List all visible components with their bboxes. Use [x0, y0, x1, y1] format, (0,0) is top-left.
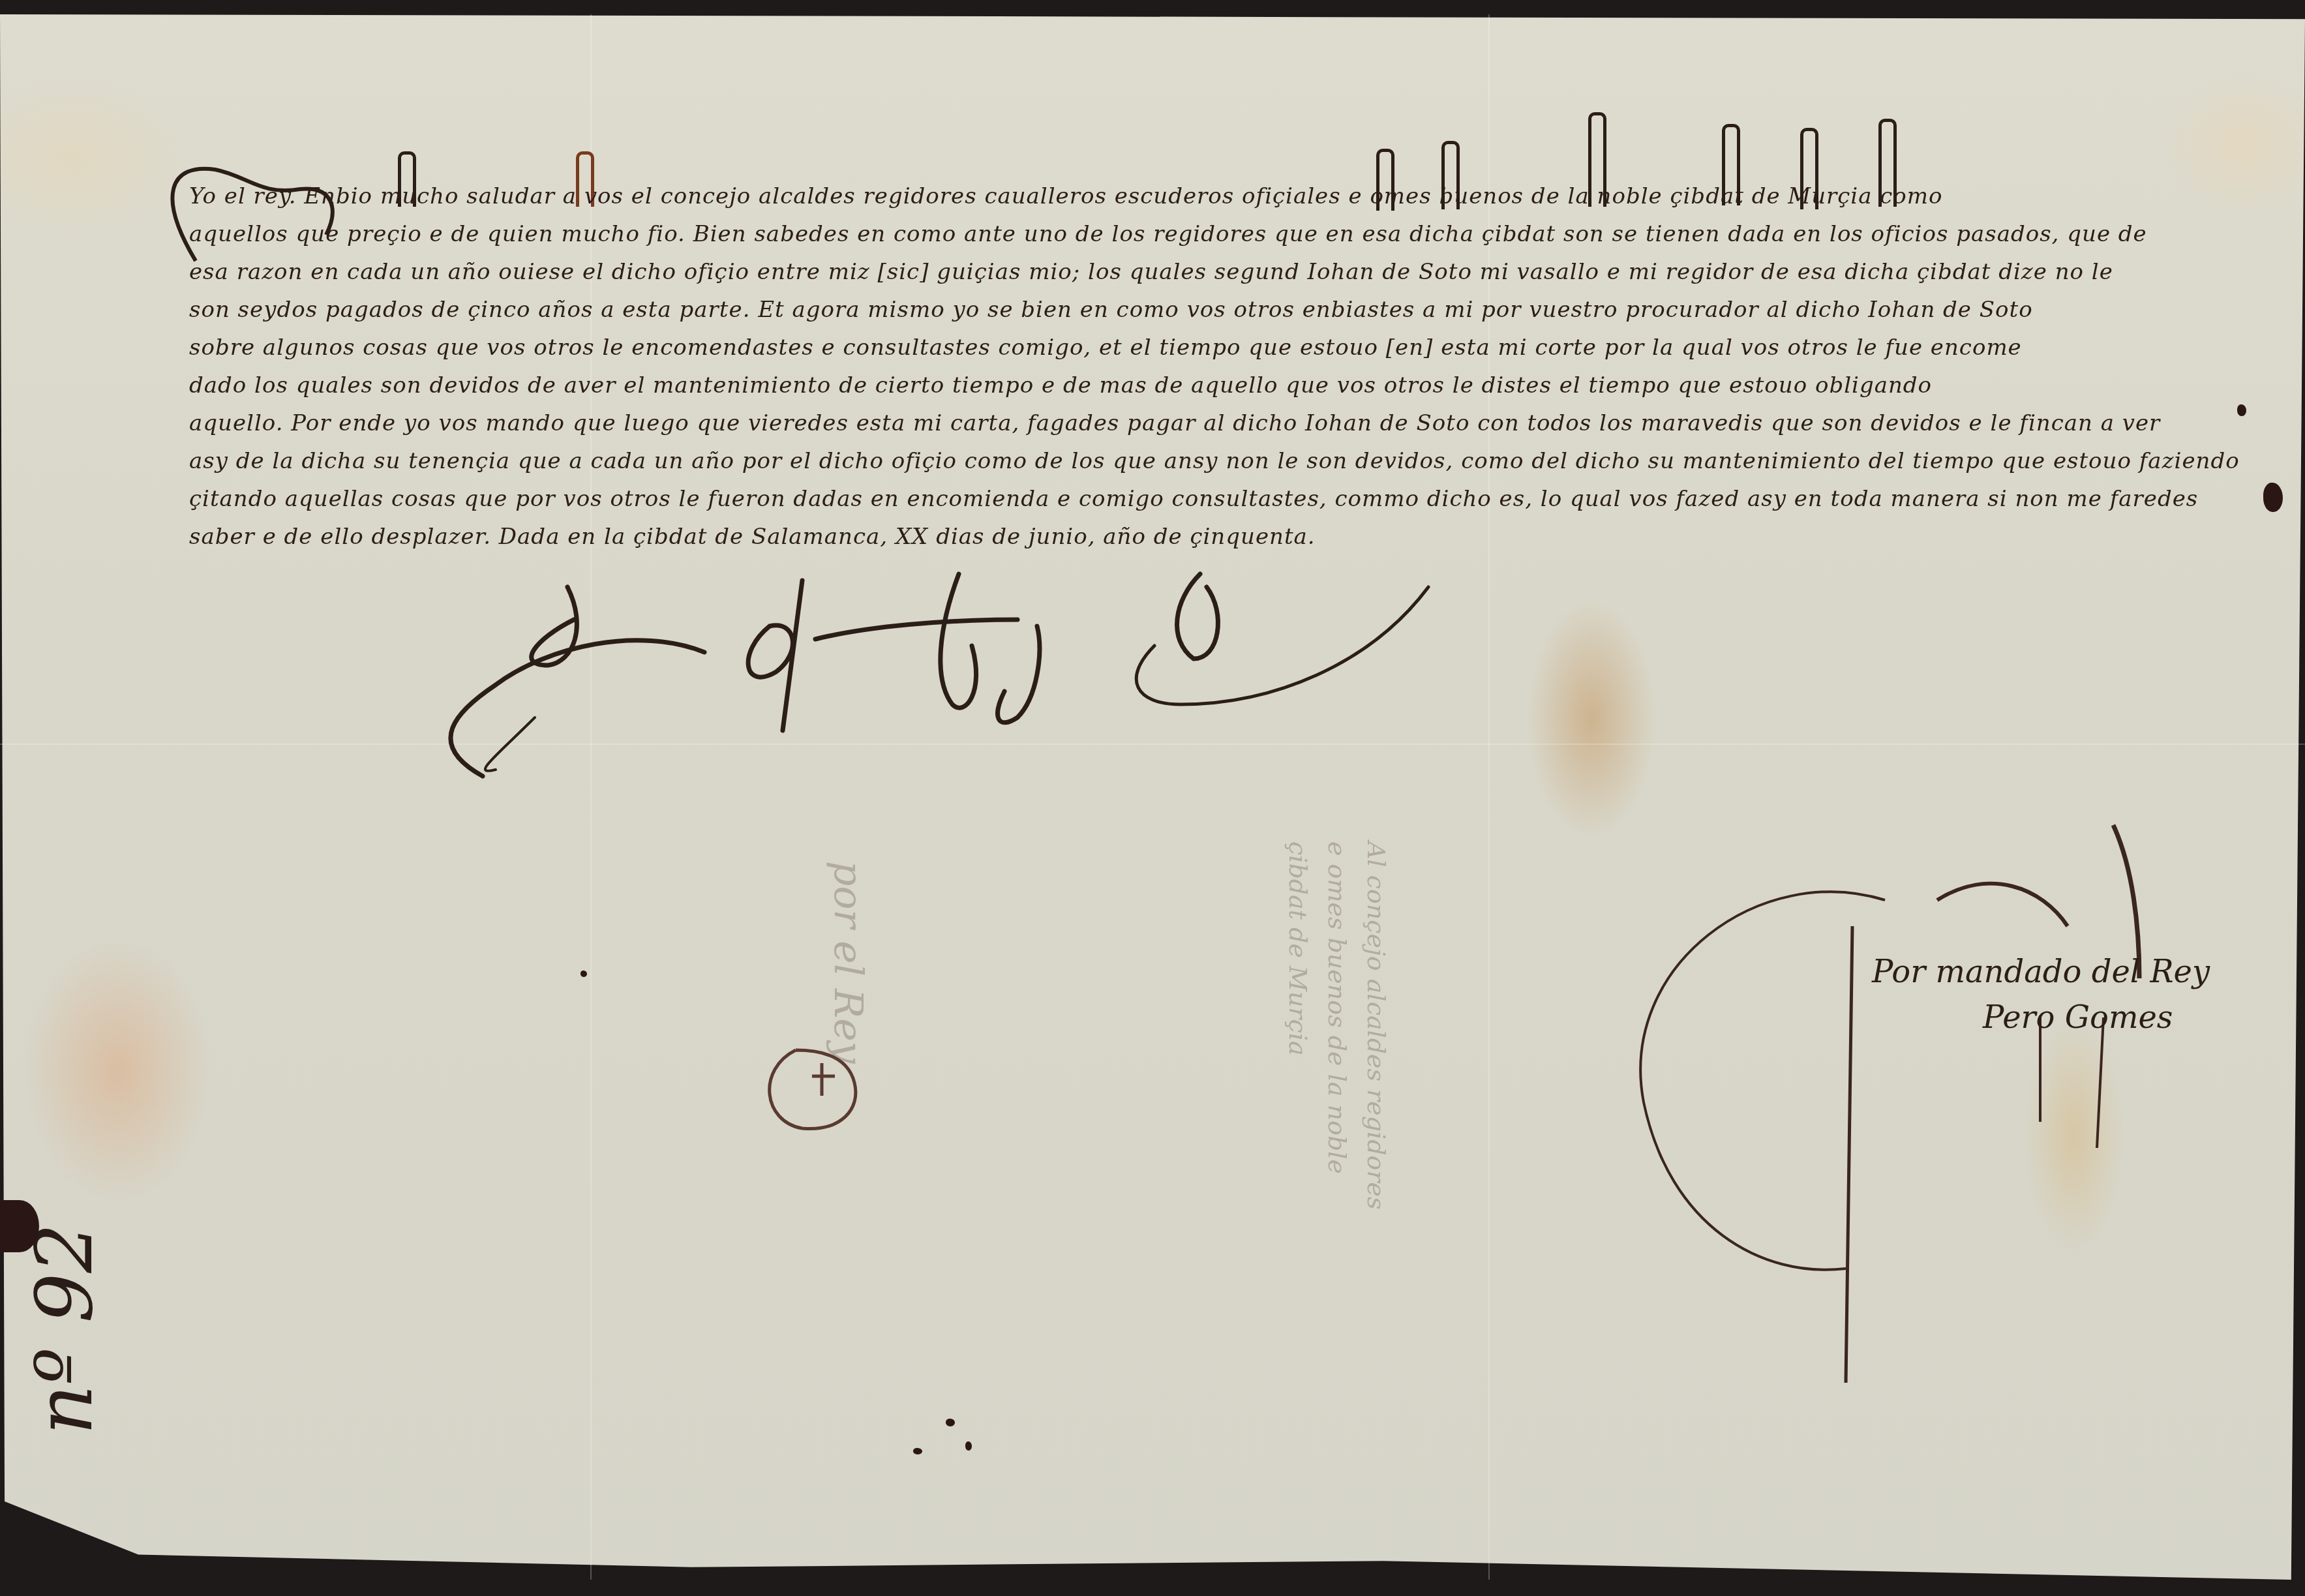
ink-blot: [2237, 404, 2246, 416]
text-line: Yo el rey. Enbio mucho saludar a vos el …: [189, 177, 2244, 215]
bleedthrough-line: Al conçejo alcaldes regidores: [1357, 841, 1396, 1210]
text-line: çitando aquellas cosas que por vos otros…: [189, 480, 2244, 518]
ink-blot: [913, 1448, 922, 1454]
text-line: son seydos pagados de çinco años a esta …: [189, 291, 2244, 329]
text-line: dado los quales son devidos de aver el m…: [189, 367, 2244, 404]
fold-line: [0, 744, 2305, 745]
ink-blot: [0, 1200, 39, 1252]
text-line: esa razon en cada un año ouiese el dicho…: [189, 253, 2244, 291]
text-line: asy de la dicha su tenençia que a cada u…: [189, 442, 2244, 480]
text-line: sobre algunos cosas que vos otros le enc…: [189, 329, 2244, 367]
ink-blot: [965, 1441, 972, 1451]
ink-blot: [946, 1419, 955, 1426]
letter-body: Yo el rey. Enbio mucho saludar a vos el …: [189, 177, 2244, 556]
archive-number: nº 92: [20, 1223, 110, 1435]
verso-bleedthrough: Al conçejo alcaldes regidores e omes bue…: [1278, 841, 1396, 1210]
date-line: saber e de ello desplazer. Dada en la çi…: [189, 518, 2244, 556]
text-line: aquellos que preçio e de quien mucho fio…: [189, 215, 2244, 253]
bleedthrough-line: e omes buenos de la noble: [1318, 841, 1357, 1210]
bleedthrough-line: çibdat de Murçia: [1278, 841, 1318, 1210]
ink-blot: [2263, 483, 2283, 512]
secretary-name: Pero Gomes: [1872, 995, 2210, 1040]
text-line: aquello. Por ende yo vos mando que luego…: [189, 404, 2244, 442]
verso-fragment: por el Rey: [828, 861, 867, 1064]
countersignature: Por mandado del Rey Pero Gomes: [1872, 949, 2210, 1040]
ink-blot: [580, 971, 587, 977]
countersign-line: Por mandado del Rey: [1872, 949, 2210, 995]
